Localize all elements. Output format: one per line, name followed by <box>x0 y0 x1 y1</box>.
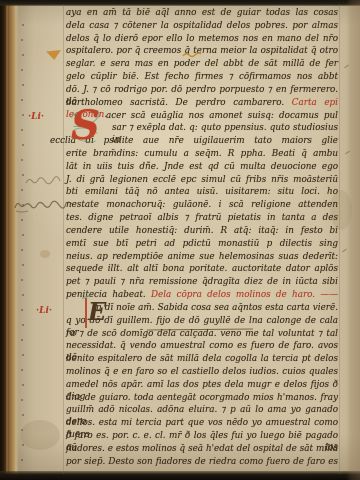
pricking-hole <box>22 264 24 266</box>
text-line: bartholomeo sacristā. De perdro cambare… <box>66 97 338 110</box>
pricking-hole <box>22 354 24 356</box>
body-text: sequede illt. alt altī bona poritate. a… <box>66 264 338 274</box>
text-line: aya en am̄ tā biē aq̄l anno est de gui… <box>66 7 338 20</box>
margin-mark-li: ·Li· <box>28 112 44 122</box>
body-text: n dī noīe am̄. Sabida cosa sea aq̄ntos… <box>96 303 338 313</box>
text-line: bti emilani tāq̄ nō antea uisū. uisit… <box>66 186 338 199</box>
text-line: cendere utile honestiq̄: durim̄. R atq̄:… <box>66 225 338 238</box>
pricking-hole <box>22 144 24 146</box>
text-line: acer scā euāglia nos amonet suisq: doc… <box>106 110 338 123</box>
pricking-hole <box>21 69 23 71</box>
text-line: dellos. esta mi tercia part que vos nēd… <box>66 417 338 430</box>
text-line: ospitalero. por q̄ creemos q̄ terna meio… <box>66 45 338 58</box>
pricking-hole <box>21 219 23 221</box>
pricking-hole <box>21 39 23 41</box>
text-line: benito espitalero de sāt millā dela co… <box>66 353 338 366</box>
pricking-hole <box>21 159 23 161</box>
text-line: tes. digne petraoī albis ⁊ fratrū piet… <box>66 212 338 225</box>
body-text: por siep̄. Desto son fiadores de riedra … <box>66 457 338 467</box>
photo-edge-bottom <box>0 471 360 480</box>
body-text: aya en am̄ tā biē aq̄l anno est de gui… <box>66 8 338 18</box>
text-line: lāt in uiis tuis dñe. Jnde est qd cū … <box>66 161 338 174</box>
text-line: emtī sue btī petri ad pdictū monastiu… <box>66 238 338 251</box>
decorated-initial-e: E <box>85 300 103 328</box>
text-line: penitecia habeat. Dela cōpra delos moli… <box>66 289 338 302</box>
body-text: benito espitalero de sāt millā dela co… <box>66 354 338 364</box>
body-text: ānz de guiaro. toda aentegāt ocorgmado… <box>66 393 338 403</box>
text-line: dela casa ⁊ cōtener la ospitalidad delo… <box>66 20 338 33</box>
pricking-hole <box>22 294 24 296</box>
initial-red-bar <box>85 298 87 328</box>
pricking-hole <box>21 129 23 131</box>
text-line: seglar. e sera mas en poder del abbt de … <box>66 58 338 71</box>
pricking-hole <box>22 324 24 326</box>
text-line: erite bram̄dins: cumulu a seq̄m. R ppha.… <box>66 148 338 161</box>
pricking-hole <box>22 114 24 116</box>
body-text: neius. ap redemptiōe anime sue helemosi… <box>66 252 338 262</box>
pricking-hole <box>22 84 24 86</box>
text-line: n dī noīe am̄. Sabida cosa sea aq̄ntos… <box>96 302 338 315</box>
text-line: necessidat. q̄ vendo amuestral como es f… <box>66 340 338 353</box>
book-gutter <box>0 0 19 480</box>
pricking-hole <box>21 99 23 101</box>
body-text: gelo cūplir biē. Est fecho firmes ⁊ co… <box>66 72 338 82</box>
initial-letter: S <box>71 102 100 149</box>
text-line: q yo dō dī guillem. fijo de dō guylle… <box>66 315 338 328</box>
text-line: por siep̄. Desto son fiadores de riedra … <box>66 456 338 469</box>
text-line: molinos q̄ e en faro so el castiello del… <box>66 366 338 379</box>
text-line: delos q̄ lo dierō epor ello lo metemos … <box>66 33 338 46</box>
body-text: lāt in uiis tuis dñe. Jnde est qd cū … <box>66 162 338 172</box>
decorated-initial-s: S <box>68 104 102 148</box>
pricking-hole <box>22 234 24 236</box>
body-text: cendere utile honestiq̄: durim̄. R atq̄:… <box>66 226 338 236</box>
pricking-hole <box>22 24 24 26</box>
pricking-hole <box>22 384 24 386</box>
body-text: nestate monachoruq̄: gulāonē. i scā r… <box>66 200 338 210</box>
gutter-highlight <box>6 0 8 480</box>
text-line: pet ⁊ pauli ⁊ nr̄a remissione q̄dragīta… <box>66 276 338 289</box>
text-line: sequede illt. alt altī bona poritate. a… <box>66 263 338 276</box>
marginalia-scribble <box>13 198 75 214</box>
body-text: acer scā euāglia nos amonet suisq: doc… <box>106 111 338 121</box>
pricking-hole <box>21 189 23 191</box>
body-text: dela casa ⁊ cōtener la ospitalidad delo… <box>66 21 338 31</box>
pricking-hole <box>21 369 23 371</box>
pricking-hole <box>21 279 23 281</box>
interlinear-gold-mark <box>182 51 202 59</box>
pricking-hole <box>22 54 24 56</box>
body-text: bti emilani tāq̄ nō antea uisū. uisit… <box>66 187 338 197</box>
text-line: neius. ap redemptiōe anime sue helemosi… <box>66 251 338 264</box>
page-edge-right <box>346 0 360 480</box>
text-line: ānz de guiaro. toda aentegāt ocorgmado… <box>66 392 338 405</box>
marginalia-scribble <box>24 174 62 188</box>
body-text: delos q̄ lo dierō epor ello lo metemos … <box>66 34 338 44</box>
body-text: seglar. e sera mas en poder del abbt de … <box>66 59 338 69</box>
text-line: sar ⁊ exēpla dat. q: quto ppensius. qut… <box>112 122 338 135</box>
manuscript-photo: aya en am̄ tā biē aq̄l anno est de gui… <box>0 0 360 480</box>
text-line: nestate monachoruq̄: gulāonē. i scā r… <box>66 199 338 212</box>
text-line: dō. J. ⁊ cō rodrigo por. dō perdro po… <box>66 84 338 97</box>
text-line: gelo cūplir biē. Est fecho firmes ⁊ co… <box>66 71 338 84</box>
parchment-stain <box>20 420 60 450</box>
body-text: penitecia habeat. <box>66 290 151 300</box>
body-text: emtī sue btī petri ad pdictū monastiu… <box>66 239 338 249</box>
pricking-hole <box>21 339 23 341</box>
body-text: fiadores. e estos molinos q̄ seā h'edat… <box>66 444 338 454</box>
pricking-hole <box>21 309 23 311</box>
initial-letter: E <box>88 297 106 326</box>
body-text: molinos q̄ e en faro so el castiello del… <box>66 367 338 377</box>
body-text: tes. digne petraoī albis ⁊ fratrū piet… <box>66 213 338 223</box>
body-text: pet ⁊ pauli ⁊ nr̄a remissione q̄dragīta… <box>66 277 338 287</box>
body-text: ospitalero. por q̄ creemos q̄ terna meio… <box>66 46 338 56</box>
rubric-text: Dela cōpra delos molinos de haro. —— <box>151 290 338 300</box>
pricking-hole <box>22 444 24 446</box>
body-text: ra ⁊ de scō domīgo dela calçada. veno … <box>66 329 338 339</box>
parchment-spot <box>40 250 50 258</box>
text-line: fiadores. e estos molinos q̄ seā h'edat… <box>66 443 338 456</box>
margin-mark-li: ·Li· <box>36 306 52 316</box>
pricking-hole <box>21 249 23 251</box>
pricking-hole <box>21 459 23 461</box>
text-line: ð faro es. por. c. e. cl. mr̄ ð los q̄le… <box>66 430 338 443</box>
ruling-line-left <box>63 4 64 474</box>
body-text: J. di grā legionen ecclē epc simul cū… <box>66 175 338 185</box>
pricking-hole <box>22 414 24 416</box>
ruling-line-right <box>339 4 340 474</box>
text-line: amedel nōs apār. amī las dos ptes del… <box>66 379 338 392</box>
text-line: guillm̄ adō nicolas. adōna eluira. ⁊ p… <box>66 404 338 417</box>
pricking-hole <box>21 399 23 401</box>
photo-edge-top <box>0 0 360 6</box>
body-text: erite bram̄dins: cumulu a seq̄m. R ppha.… <box>66 149 338 159</box>
text-line: J. di grā legionen ecclē epc simul cū… <box>66 174 338 187</box>
